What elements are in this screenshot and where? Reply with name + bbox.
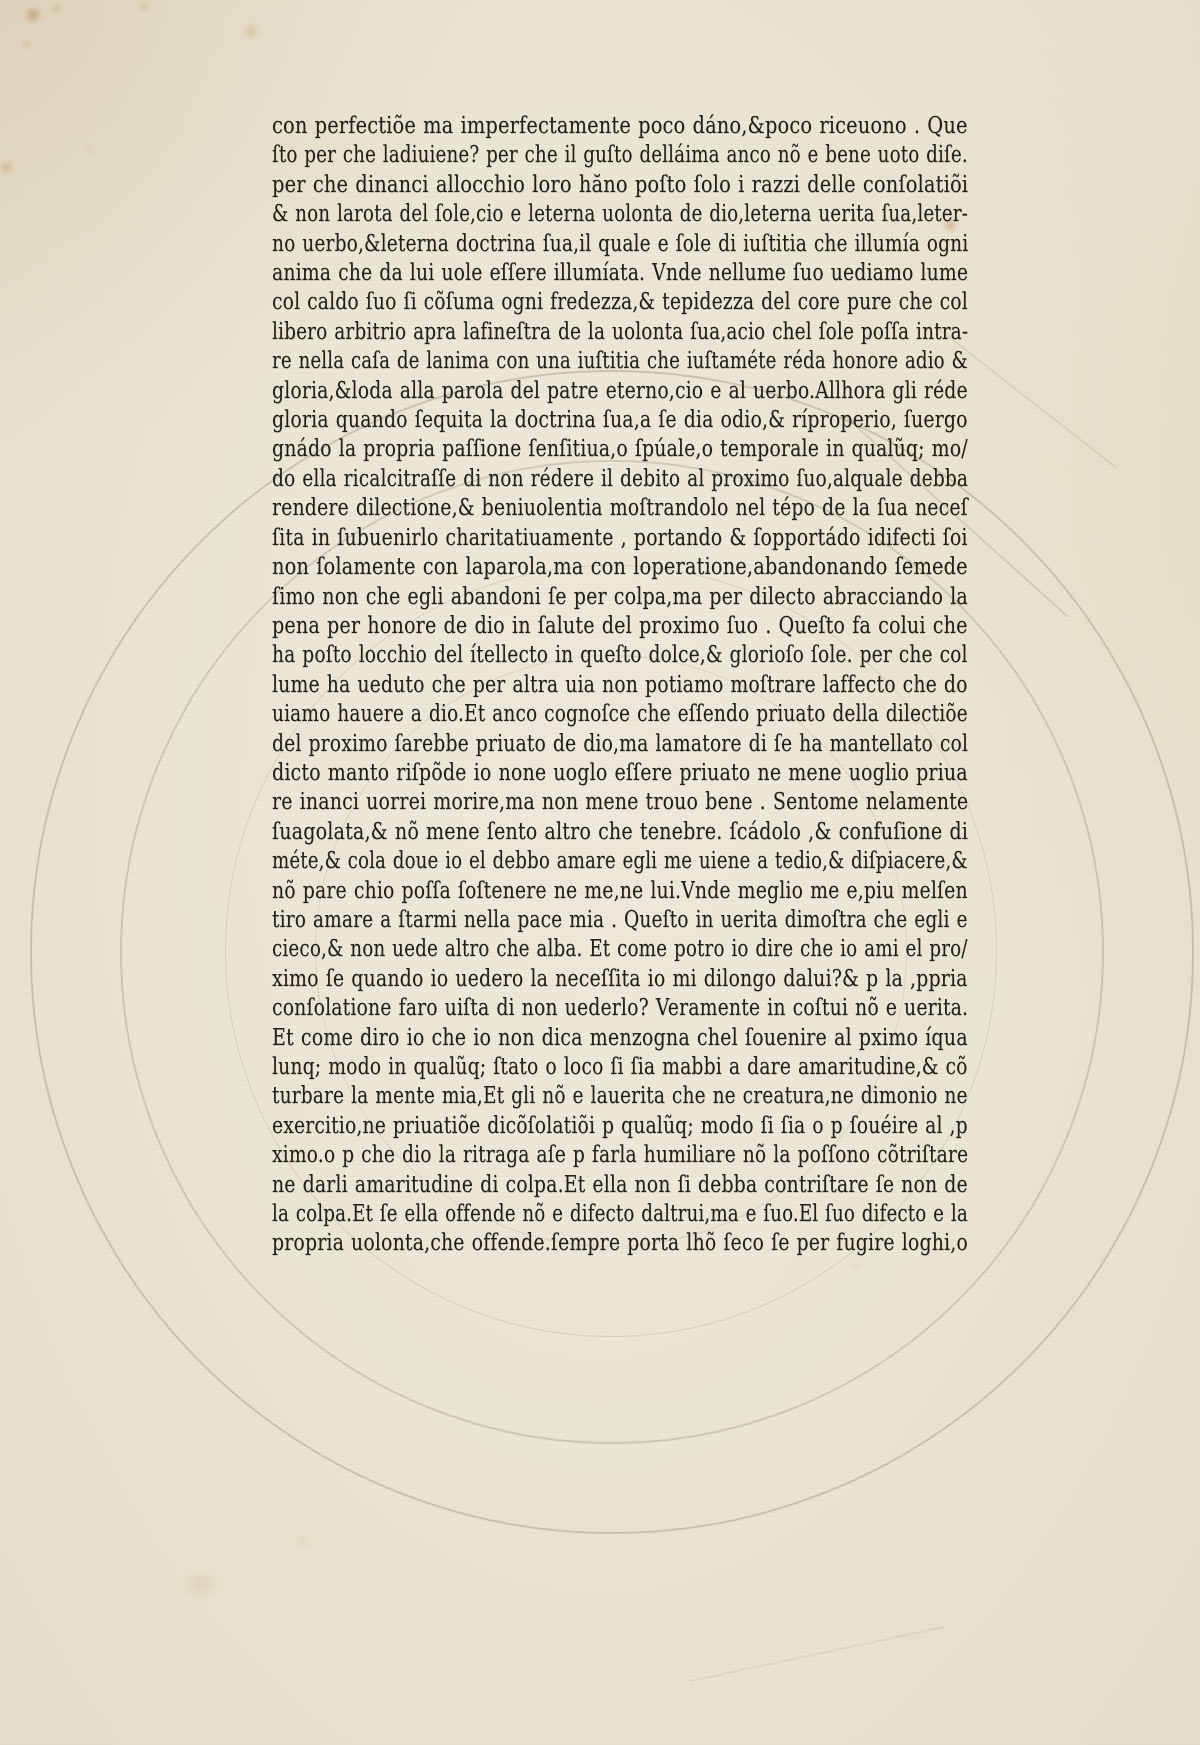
foxing-stain (22, 40, 31, 49)
foxing-stain (86, 146, 93, 153)
text-line: turbare la mente mia,Et gli nõ e lauerit… (272, 1082, 968, 1111)
text-line: dicto manto riſpõde io none uoglo eſſere… (272, 759, 968, 788)
text-line: uiamo hauere a dio.Et anco cognoſce che … (272, 700, 968, 729)
paper-crease (690, 1626, 945, 1682)
text-line: lume ha ueduto che per altra uia non pot… (272, 671, 968, 700)
printed-text-block: con perfectiõe ma imperfectamente poco d… (272, 112, 968, 1259)
text-line: gnádo la propria paſſione ſenſitiua,o ſp… (272, 435, 968, 464)
text-line: non ſolamente con laparola,ma con lopera… (272, 553, 968, 582)
text-line: propria uolonta,che offende.ſempre porta… (272, 1229, 968, 1258)
text-line: no uerbo,&leterna doctrina ſua,il quale … (272, 230, 968, 259)
text-line: ſita in ſubuenirlo charitatiuamente , po… (272, 524, 968, 553)
text-line: ximo ſe quando io uedero la neceſſita io… (272, 965, 968, 994)
text-line: re nella caſa de lanima con una iuſtitia… (272, 347, 968, 376)
text-line: gloria quando ſequita la doctrina ſua,a … (272, 406, 968, 435)
text-line: lunq; modo in qualũq; ſtato o loco ſi ſi… (272, 1053, 968, 1082)
text-line: nõ pare chio poſſa ſoſtenere ne me,ne lu… (272, 877, 968, 906)
text-line: pena per honore de dio in ſalute del pro… (272, 612, 968, 641)
foxing-stain (242, 24, 260, 38)
text-line: conſolatione faro uiſta di non uederlo? … (272, 994, 968, 1023)
foxing-stain (852, 1262, 861, 1270)
text-line: & non larota del ſole,cio e leterna uolo… (272, 200, 968, 229)
text-line: do ella ricalcitraſſe di non rédere il d… (272, 465, 968, 494)
text-line: ne darli amaritudine di colpa.Et ella no… (272, 1171, 968, 1200)
text-line: per che dinanci allocchio loro hăno poſt… (272, 171, 968, 200)
text-line: del proximo ſarebbe priuato de dio,ma la… (272, 730, 968, 759)
foxing-stain (138, 2, 150, 11)
text-line: ſuagolata,& nõ mene ſento altro che tene… (272, 818, 968, 847)
text-line: rendere dilectione,& beniuolentia moſtra… (272, 494, 968, 523)
book-page: con perfectiõe ma imperfectamente poco d… (0, 0, 1200, 1745)
text-line: Et come diro io che io non dica menzogna… (272, 1024, 968, 1053)
text-line: libero arbitrio apra lafineſtra de la uo… (272, 318, 968, 347)
text-line: ſto per che ladiuiene? per che il guſto … (272, 141, 968, 170)
text-line: ha poſto locchio del ítellecto in queſto… (272, 641, 968, 670)
text-line: col caldo ſuo ſi cõſuma ogni fredezza,& … (272, 288, 968, 317)
text-line: re inanci uorrei morire,ma non mene trou… (272, 788, 968, 817)
foxing-stain (24, 8, 42, 22)
text-line: la colpa.Et ſe ella offende nõ e difecto… (272, 1200, 968, 1229)
text-line: ximo.o p che dio la ritraga aſe p farla … (272, 1141, 968, 1170)
text-line: gloria,&loda alla parola del patre etern… (272, 377, 968, 406)
foxing-stain (0, 160, 13, 175)
text-line: tiro amare a ſtarmi nella pace mia . Que… (272, 906, 968, 935)
text-line: méte,& cola doue io el debbo amare egli … (272, 847, 968, 876)
foxing-stain (52, 4, 62, 13)
text-line: exercitio,ne priuatiõe dicõſolatiõi p qu… (272, 1112, 968, 1141)
text-line: ſimo non che egli abandoni ſe per colpa,… (272, 583, 968, 612)
text-line: cieco,& non uede altro che alba. Et come… (272, 935, 968, 964)
text-line: con perfectiõe ma imperfectamente poco d… (272, 112, 968, 141)
text-line: anima che da lui uole eſſere illumíata. … (272, 259, 968, 288)
foxing-stain (292, 1532, 314, 1550)
foxing-stain (184, 1572, 218, 1598)
